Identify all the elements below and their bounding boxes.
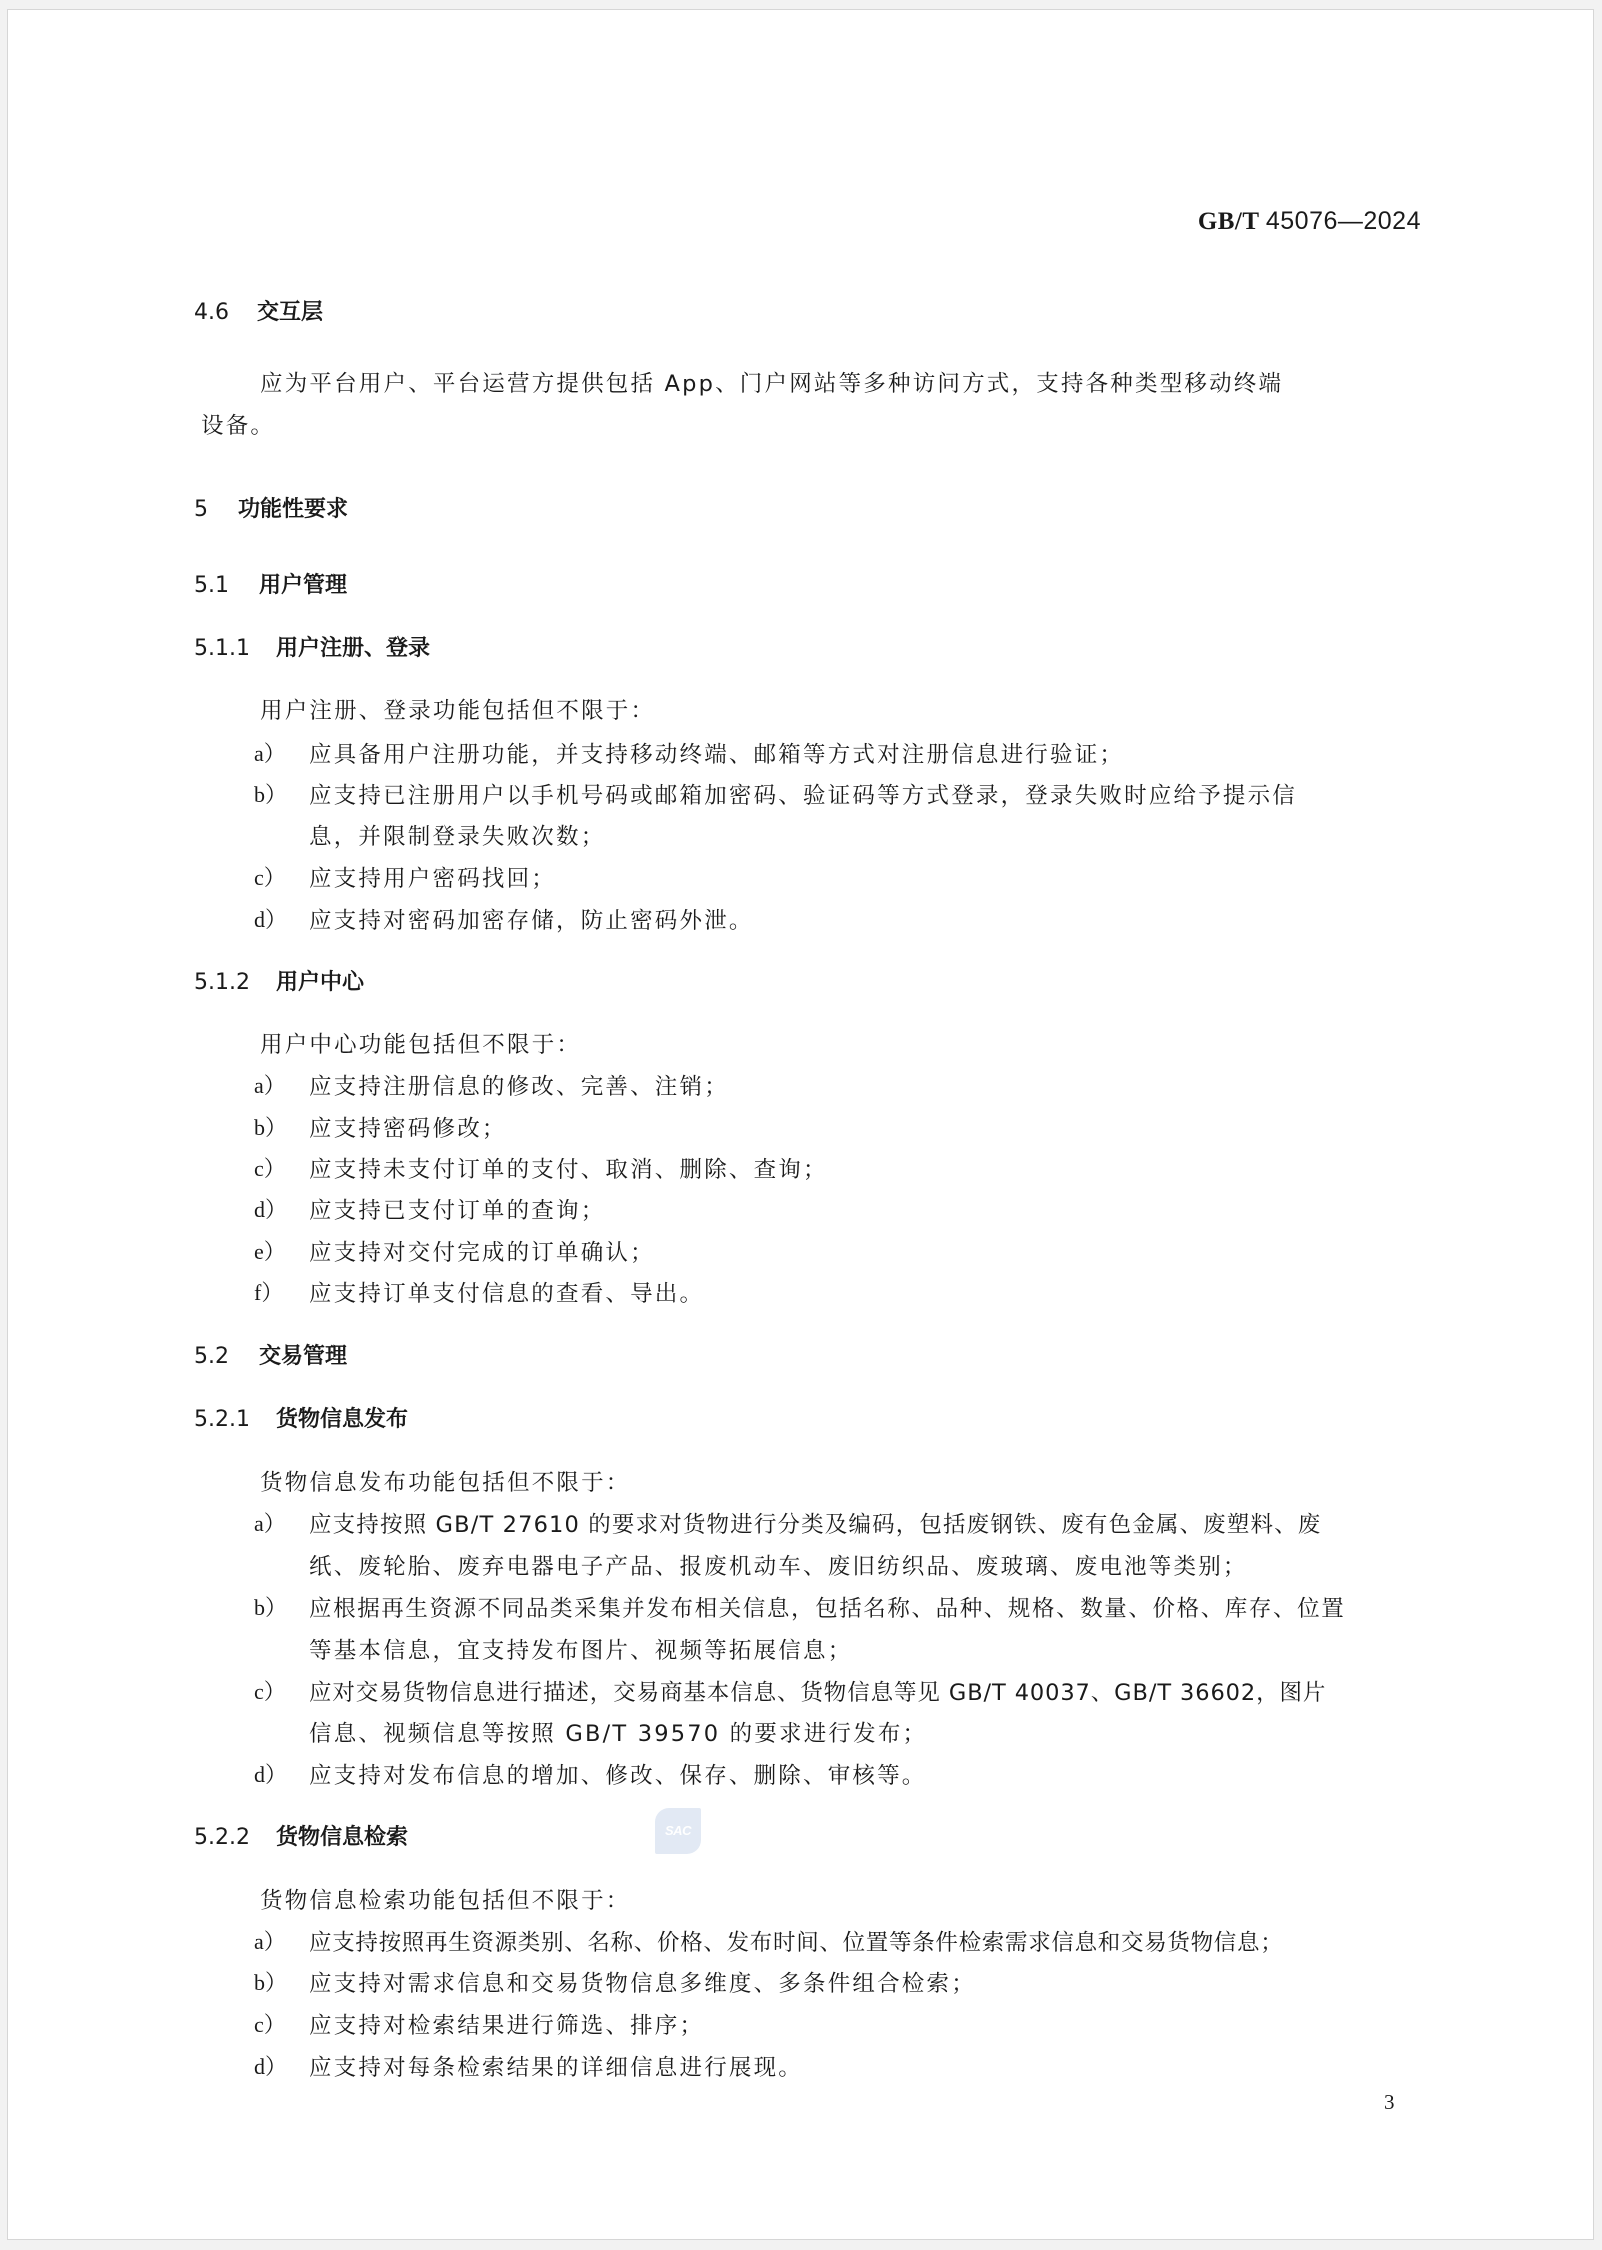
- list-item-text: 应支持对检索结果进行筛选、排序；: [309, 2008, 704, 2040]
- list-item-text: 应支持密码修改；: [309, 1111, 507, 1143]
- list-marker: d）: [254, 2050, 287, 2081]
- list-item-text: 应支持未支付订单的支付、取消、删除、查询；: [309, 1152, 828, 1184]
- heading-5: 5功能性要求: [194, 492, 348, 523]
- heading-title: 用户中心: [276, 970, 364, 995]
- list-marker: c）: [254, 1675, 286, 1706]
- paragraph-line: 设备。: [201, 408, 275, 440]
- list-marker: c）: [254, 2008, 286, 2039]
- list-marker: d）: [254, 1193, 287, 1224]
- list-item-text: 息，并限制登录失败次数；: [309, 819, 605, 851]
- heading-5-2-1: 5.2.1货物信息发布: [194, 1402, 408, 1433]
- standard-number: GB/T 45076—2024: [1198, 207, 1421, 236]
- list-marker: e）: [254, 1235, 286, 1266]
- heading-5-1-1: 5.1.1用户注册、登录: [194, 631, 430, 662]
- list-marker: d）: [254, 1758, 287, 1789]
- heading-title: 交易管理: [259, 1344, 347, 1369]
- list-intro: 用户注册、登录功能包括但不限于：: [260, 693, 655, 725]
- list-marker: b）: [254, 1591, 287, 1622]
- heading-number: 5.2: [194, 1344, 229, 1369]
- heading-title: 货物信息检索: [276, 1825, 408, 1850]
- heading-number: 5.2.1: [194, 1407, 250, 1432]
- list-item-text: 应支持订单支付信息的查看、导出。: [309, 1276, 704, 1308]
- list-item-text: 应支持对发布信息的增加、修改、保存、删除、审核等。: [309, 1758, 927, 1790]
- paragraph-line: 应为平台用户、平台运营方提供包括 App、门户网站等多种访问方式，支持各种类型移…: [260, 366, 1283, 398]
- list-item-text: 纸、废轮胎、废弃电器电子产品、报废机动车、废旧纺织品、废玻璃、废电池等类别；: [309, 1549, 1248, 1581]
- heading-5-2: 5.2交易管理: [194, 1339, 347, 1370]
- list-intro: 货物信息发布功能包括但不限于：: [260, 1465, 631, 1497]
- heading-number: 5.1: [194, 573, 229, 598]
- heading-number: 5: [194, 497, 208, 522]
- heading-number: 5.1.2: [194, 970, 250, 995]
- list-item-text: 应支持对每条检索结果的详细信息进行展现。: [309, 2050, 803, 2082]
- list-item-text: 应具备用户注册功能，并支持移动终端、邮箱等方式对注册信息进行验证；: [309, 737, 1124, 769]
- list-item-text: 应支持对密码加密存储，防止密码外泄。: [309, 903, 754, 935]
- list-marker: a）: [254, 1925, 286, 1956]
- list-item-text: 应支持对交付完成的订单确认；: [309, 1235, 655, 1267]
- sac-logo-icon: SAC: [655, 1808, 701, 1854]
- standard-prefix: GB/T: [1198, 208, 1259, 235]
- list-marker: a）: [254, 1507, 286, 1538]
- list-item-text: 应根据再生资源不同品类采集并发布相关信息，包括名称、品种、规格、数量、价格、库存…: [309, 1591, 1345, 1623]
- list-intro: 用户中心功能包括但不限于：: [260, 1027, 581, 1059]
- heading-5-1-2: 5.1.2用户中心: [194, 965, 364, 996]
- list-marker: b）: [254, 1111, 287, 1142]
- list-item-text: 应支持已注册用户以手机号码或邮箱加密码、验证码等方式登录，登录失败时应给予提示信: [309, 778, 1297, 810]
- heading-number: 4.6: [194, 300, 229, 325]
- list-marker: d）: [254, 903, 287, 934]
- list-item-text: 应支持按照 GB/T 27610 的要求对货物进行分类及编码，包括废钢铁、废有色…: [309, 1507, 1321, 1539]
- list-marker: a）: [254, 737, 286, 768]
- heading-title: 交互层: [257, 300, 323, 325]
- list-marker: b）: [254, 1966, 287, 1997]
- list-item-text: 应支持已支付订单的查询；: [309, 1193, 605, 1225]
- page-number: 3: [1384, 2090, 1395, 2115]
- heading-4-6: 4.6交互层: [194, 295, 323, 326]
- list-item-text: 应支持用户密码找回；: [309, 861, 556, 893]
- list-marker: f）: [254, 1276, 283, 1307]
- watermark-label: SAC: [655, 1823, 701, 1838]
- heading-title: 功能性要求: [238, 497, 348, 522]
- list-marker: a）: [254, 1069, 286, 1100]
- document-page: GB/T 45076—2024 4.6交互层 应为平台用户、平台运营方提供包括 …: [7, 9, 1594, 2240]
- list-item-text: 信息、视频信息等按照 GB/T 39570 的要求进行发布；: [309, 1716, 927, 1748]
- list-item-text: 应支持按照再生资源类别、名称、价格、发布时间、位置等条件检索需求信息和交易货物信…: [309, 1925, 1283, 1957]
- heading-title: 用户管理: [259, 573, 347, 598]
- list-item-text: 等基本信息，宜支持发布图片、视频等拓展信息；: [309, 1633, 852, 1665]
- list-marker: b）: [254, 778, 287, 809]
- list-marker: c）: [254, 1152, 286, 1183]
- list-marker: c）: [254, 861, 286, 892]
- list-item-text: 应支持对需求信息和交易货物信息多维度、多条件组合检索；: [309, 1966, 976, 1998]
- heading-5-1: 5.1用户管理: [194, 568, 347, 599]
- heading-title: 用户注册、登录: [276, 636, 430, 661]
- standard-code: 45076—2024: [1266, 207, 1421, 235]
- heading-title: 货物信息发布: [276, 1407, 408, 1432]
- list-item-text: 应支持注册信息的修改、完善、注销；: [309, 1069, 729, 1101]
- list-intro: 货物信息检索功能包括但不限于：: [260, 1883, 631, 1915]
- list-item-text: 应对交易货物信息进行描述，交易商基本信息、货物信息等见 GB/T 40037、G…: [309, 1675, 1326, 1707]
- heading-number: 5.1.1: [194, 636, 250, 661]
- heading-5-2-2: 5.2.2货物信息检索: [194, 1820, 408, 1851]
- heading-number: 5.2.2: [194, 1825, 250, 1850]
